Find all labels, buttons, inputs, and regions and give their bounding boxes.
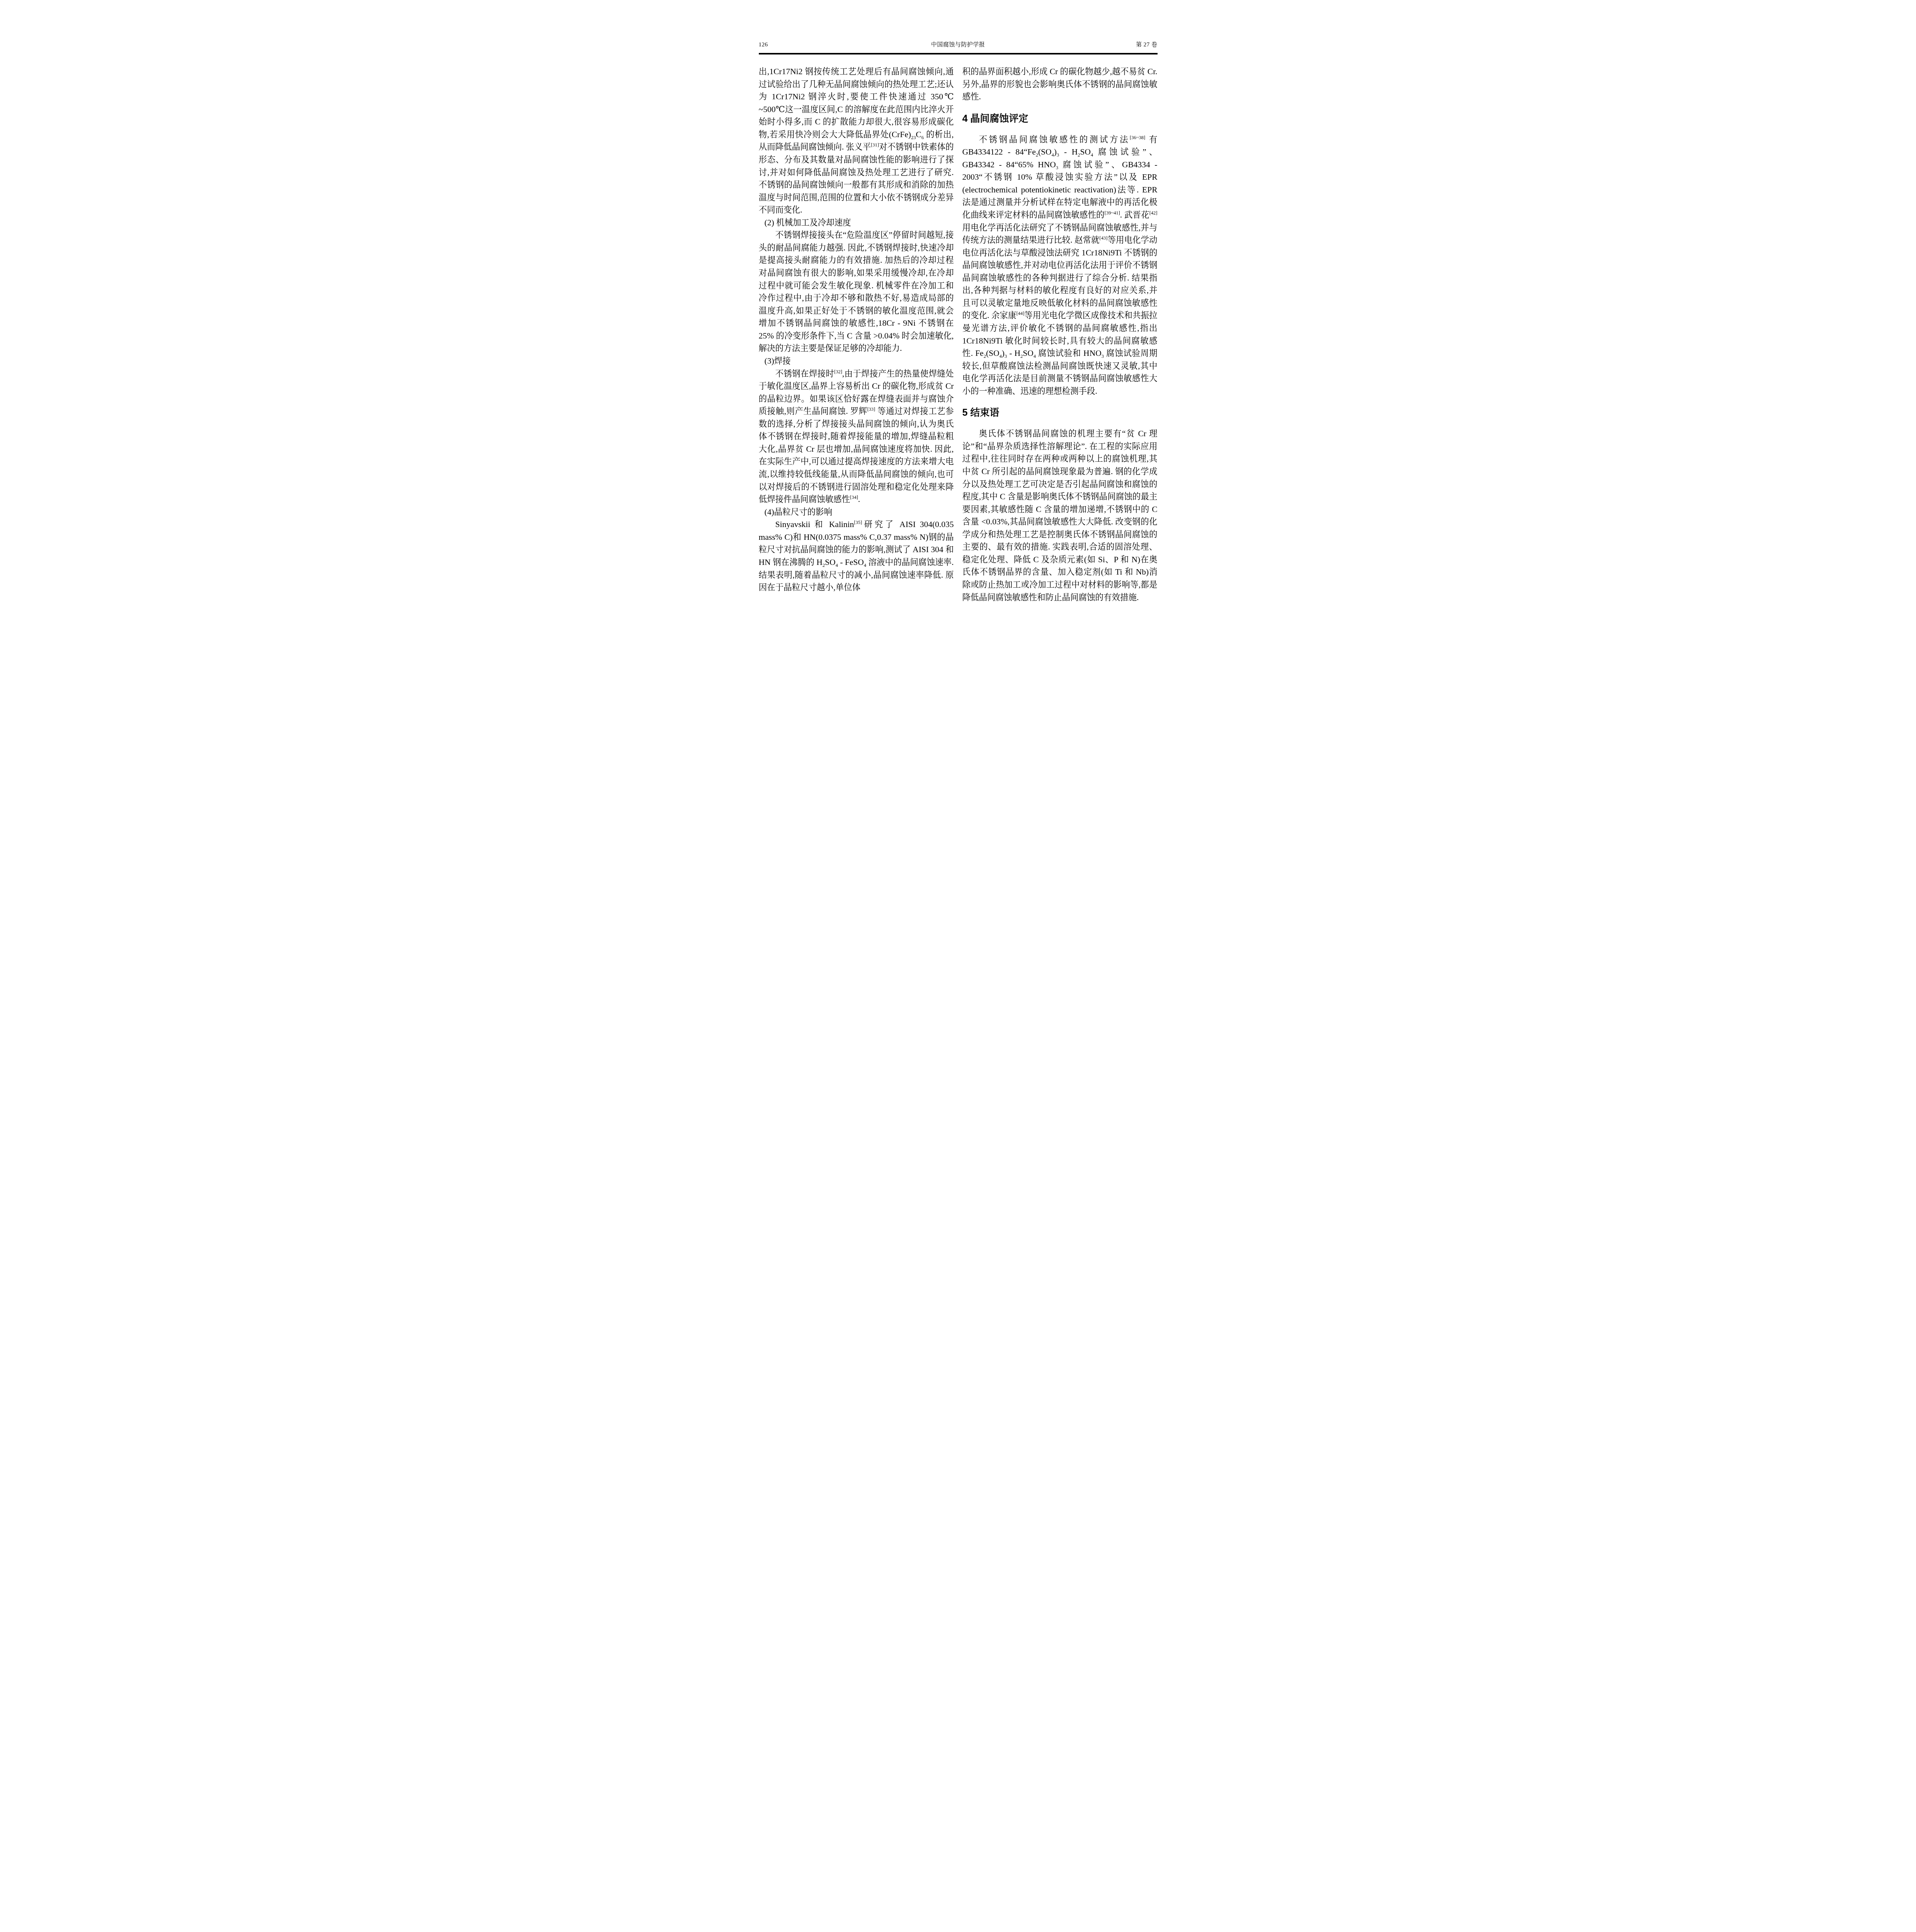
right-column: 积的晶界面积越小,形成 Cr 的碳化物越少,越不易贫 Cr. 另外,晶界的形貌也… (962, 65, 1158, 604)
paragraph: 奥氏体不锈钢晶间腐蚀的机理主要有“贫 Cr 理论”和“晶界杂质选择性溶解理论”.… (962, 427, 1158, 604)
section-heading: 5 结束语 (962, 406, 1158, 420)
header-divider (759, 53, 1158, 54)
paragraph: 出,1Cr17Ni2 钢按传统工艺处理后有晶间腐蚀倾向,通过试验给出了几种无晶间… (759, 65, 954, 216)
subsection-heading: (3)焊接 (759, 355, 954, 367)
paragraph: 不锈钢焊接接头在“危险温度区”停留时间越短,接头的耐晶间腐能力越强. 因此,不锈… (759, 229, 954, 355)
paragraph: 不锈钢在焊接时[32],由于焊接产生的热量使焊缝处于敏化温度区,晶界上容易析出 … (759, 367, 954, 506)
journal-title: 中国腐蚀与防护学报 (859, 40, 1058, 48)
page-header: 126 中国腐蚀与防护学报 第 27 卷 (759, 40, 1158, 48)
paragraph: 不锈钢晶间腐蚀敏感性的测试方法[36~38] 有 GB4334122 - 84“… (962, 133, 1158, 398)
page-number: 126 (759, 42, 859, 48)
journal-page: 126 中国腐蚀与防护学报 第 27 卷 出,1Cr17Ni2 钢按传统工艺处理… (719, 0, 1198, 678)
paragraph: Sinyavskii 和 Kalinin[35]研究了 AISI 304(0.0… (759, 518, 954, 594)
left-column: 出,1Cr17Ni2 钢按传统工艺处理后有晶间腐蚀倾向,通过试验给出了几种无晶间… (759, 65, 954, 604)
section-heading: 4 晶间腐蚀评定 (962, 112, 1158, 126)
paragraph: 积的晶界面积越小,形成 Cr 的碳化物越少,越不易贫 Cr. 另外,晶界的形貌也… (962, 65, 1158, 103)
volume-label: 第 27 卷 (1058, 40, 1158, 48)
two-column-body: 出,1Cr17Ni2 钢按传统工艺处理后有晶间腐蚀倾向,通过试验给出了几种无晶间… (759, 65, 1158, 604)
subsection-heading: (2) 机械加工及冷却速度 (759, 216, 954, 229)
subsection-heading: (4)晶粒尺寸的影响 (759, 506, 954, 519)
